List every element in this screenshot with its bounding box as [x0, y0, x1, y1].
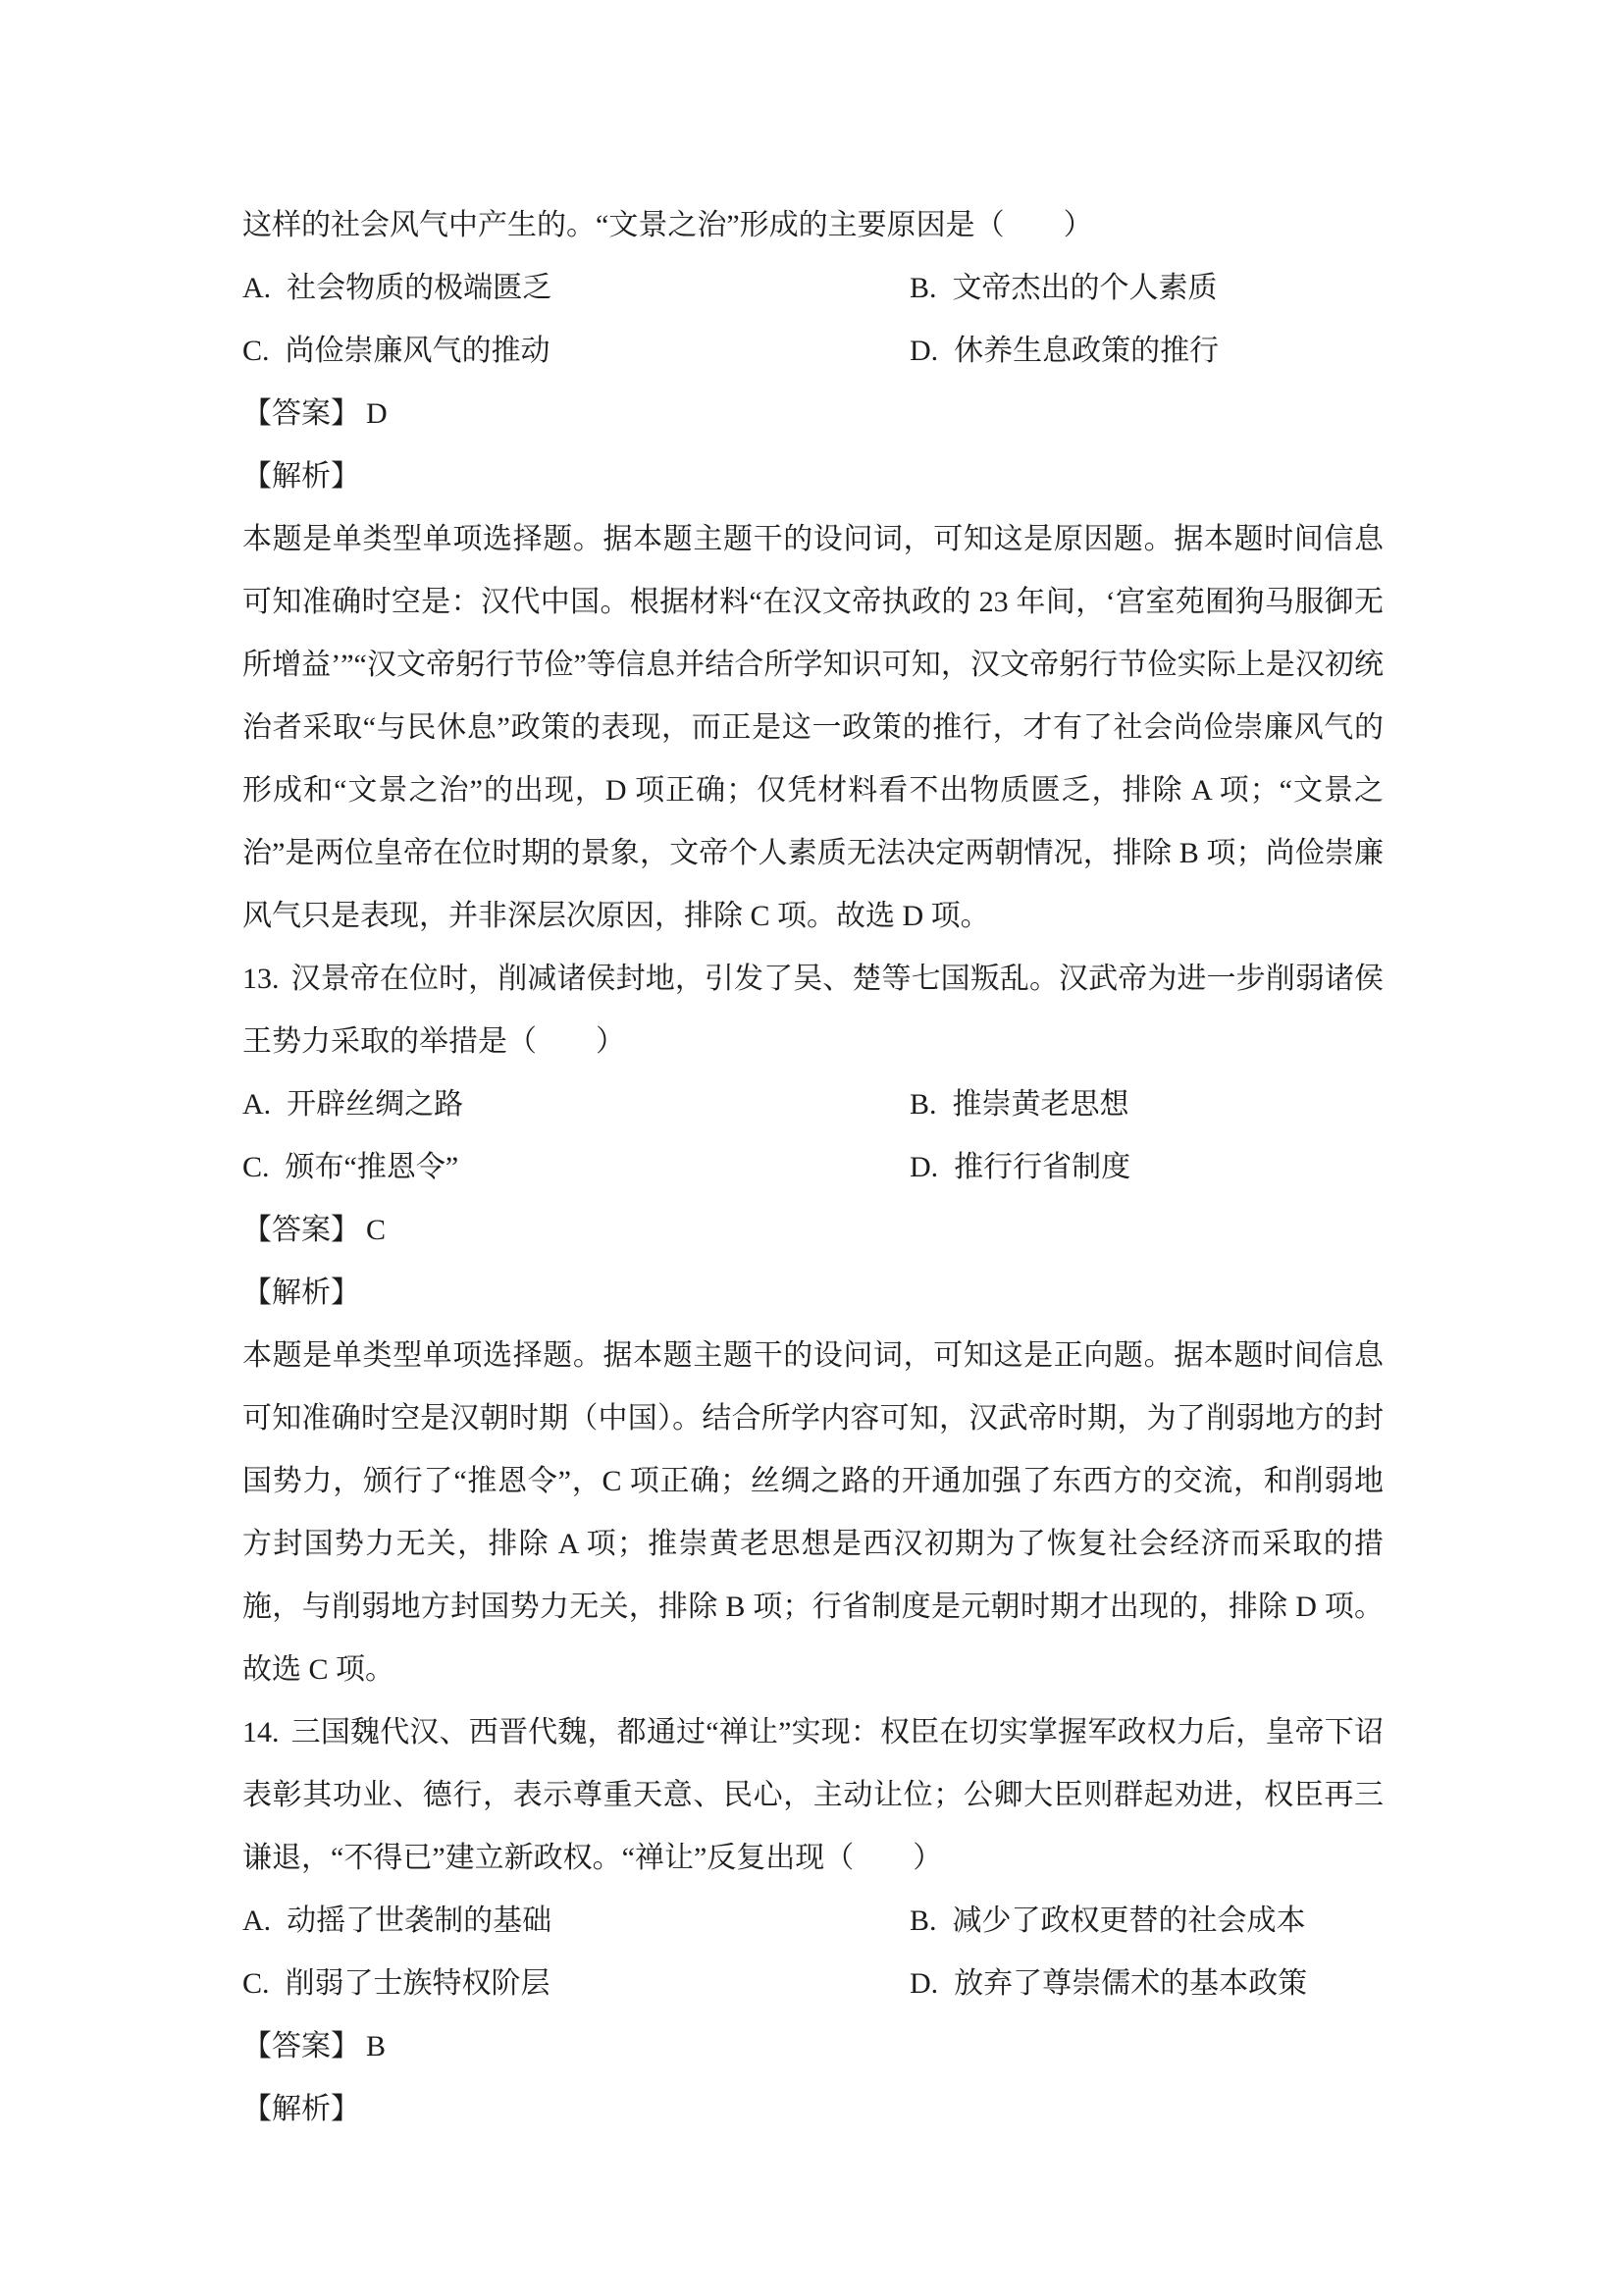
option-text: 推崇黄老思想 — [953, 1088, 1129, 1121]
analysis-label: 【解析】 — [242, 1262, 1384, 1325]
option-row: A.社会物质的极端匮乏 B.文帝杰出的个人素质 — [242, 257, 1384, 320]
analysis-label-text: 【解析】 — [242, 2093, 360, 2125]
analysis-label-text: 【解析】 — [242, 1277, 360, 1309]
option-text: 社会物质的极端匮乏 — [287, 272, 551, 304]
question-stem-text: 汉景帝在位时，削减诸侯封地，引发了吴、楚等七国叛乱。汉武帝为进一步削弱诸侯王势力… — [242, 963, 1384, 1058]
option-letter: D. — [910, 335, 938, 367]
question-stem: 14.三国魏代汉、西晋代魏，都通过“禅让”实现：权臣在切实掌握军政权力后，皇帝下… — [242, 1701, 1384, 1890]
option-text: 放弃了尊崇儒术的基本政策 — [954, 1967, 1307, 2000]
answer-value: B — [366, 2030, 386, 2062]
option-text: 颁布“推恩令” — [286, 1151, 459, 1183]
answer-value: C — [366, 1214, 386, 1246]
option-text: 开辟丝绸之路 — [287, 1088, 463, 1121]
options-group: A.开辟丝绸之路 B.推崇黄老思想 C.颁布“推恩令” D.推行行省制度 — [242, 1073, 1384, 1199]
option-c: C.颁布“推恩令” — [242, 1136, 910, 1199]
options-group: A.动摇了世袭制的基础 B.减少了政权更替的社会成本 C.削弱了士族特权阶层 D… — [242, 1890, 1384, 2015]
answer-line: 【答案】D — [242, 383, 1384, 445]
option-letter: A. — [242, 1088, 271, 1121]
option-row: C.颁布“推恩令” D.推行行省制度 — [242, 1136, 1384, 1199]
answer-value: D — [366, 397, 388, 430]
option-a: A.社会物质的极端匮乏 — [242, 257, 910, 320]
option-text: 削弱了士族特权阶层 — [286, 1967, 550, 2000]
page-content: 这样的社会风气中产生的。“文景之治”形成的主要原因是（ ） A.社会物质的极端匮… — [242, 194, 1384, 2141]
option-letter: A. — [242, 272, 271, 304]
question-number: 14. — [242, 1716, 280, 1748]
question-stem-text: 三国魏代汉、西晋代魏，都通过“禅让”实现：权臣在切实掌握军政权力后，皇帝下诏表彰… — [242, 1716, 1384, 1874]
option-c: C.削弱了士族特权阶层 — [242, 1953, 910, 2015]
option-d: D.休养生息政策的推行 — [910, 320, 1384, 383]
option-letter: C. — [242, 1967, 270, 2000]
option-d: D.放弃了尊崇儒术的基本政策 — [910, 1953, 1384, 2015]
option-text: 推行行省制度 — [954, 1151, 1130, 1183]
option-text: 文帝杰出的个人素质 — [953, 272, 1218, 304]
option-letter: C. — [242, 1151, 270, 1183]
option-row: A.开辟丝绸之路 B.推崇黄老思想 — [242, 1073, 1384, 1136]
option-d: D.推行行省制度 — [910, 1136, 1384, 1199]
option-row: C.尚俭崇廉风气的推动 D.休养生息政策的推行 — [242, 320, 1384, 383]
answer-label: 【答案】 — [242, 1214, 360, 1246]
answer-line: 【答案】C — [242, 1199, 1384, 1262]
analysis-text: 本题是单类型单项选择题。据本题主题干的设问词，可知这是正向题。据本题时间信息可知… — [242, 1325, 1384, 1701]
option-text: 尚俭崇廉风气的推动 — [286, 335, 550, 367]
answer-line: 【答案】B — [242, 2015, 1384, 2078]
option-text: 减少了政权更替的社会成本 — [953, 1905, 1306, 1937]
option-c: C.尚俭崇廉风气的推动 — [242, 320, 910, 383]
option-letter: A. — [242, 1905, 271, 1937]
option-b: B.文帝杰出的个人素质 — [910, 257, 1384, 320]
analysis-label: 【解析】 — [242, 2078, 1384, 2141]
option-a: A.开辟丝绸之路 — [242, 1073, 910, 1136]
question-number: 13. — [242, 963, 280, 995]
option-text: 休养生息政策的推行 — [954, 335, 1219, 367]
question-block-14: 14.三国魏代汉、西晋代魏，都通过“禅让”实现：权臣在切实掌握军政权力后，皇帝下… — [242, 1701, 1384, 2141]
option-letter: D. — [910, 1151, 938, 1183]
question-block-12: 这样的社会风气中产生的。“文景之治”形成的主要原因是（ ） A.社会物质的极端匮… — [242, 194, 1384, 948]
option-letter: B. — [910, 1088, 937, 1121]
option-b: B.减少了政权更替的社会成本 — [910, 1890, 1384, 1953]
analysis-label: 【解析】 — [242, 445, 1384, 508]
question-stem: 这样的社会风气中产生的。“文景之治”形成的主要原因是（ ） — [242, 194, 1384, 257]
analysis-label-text: 【解析】 — [242, 460, 360, 493]
option-letter: D. — [910, 1967, 938, 2000]
option-letter: B. — [910, 272, 937, 304]
answer-label: 【答案】 — [242, 2030, 360, 2062]
question-stem-text: 这样的社会风气中产生的。“文景之治”形成的主要原因是（ ） — [242, 209, 1093, 241]
question-block-13: 13.汉景帝在位时，削减诸侯封地，引发了吴、楚等七国叛乱。汉武帝为进一步削弱诸侯… — [242, 948, 1384, 1701]
option-row: A.动摇了世袭制的基础 B.减少了政权更替的社会成本 — [242, 1890, 1384, 1953]
option-row: C.削弱了士族特权阶层 D.放弃了尊崇儒术的基本政策 — [242, 1953, 1384, 2015]
option-a: A.动摇了世袭制的基础 — [242, 1890, 910, 1953]
option-letter: C. — [242, 335, 270, 367]
exam-document-page: { "page": { "background": "#ffffff", "te… — [0, 0, 1623, 2296]
question-stem: 13.汉景帝在位时，削减诸侯封地，引发了吴、楚等七国叛乱。汉武帝为进一步削弱诸侯… — [242, 948, 1384, 1073]
answer-label: 【答案】 — [242, 397, 360, 430]
option-letter: B. — [910, 1905, 937, 1937]
option-b: B.推崇黄老思想 — [910, 1073, 1384, 1136]
options-group: A.社会物质的极端匮乏 B.文帝杰出的个人素质 C.尚俭崇廉风气的推动 D.休养… — [242, 257, 1384, 383]
analysis-text: 本题是单类型单项选择题。据本题主题干的设问词，可知这是原因题。据本题时间信息可知… — [242, 508, 1384, 948]
option-text: 动摇了世袭制的基础 — [287, 1905, 551, 1937]
